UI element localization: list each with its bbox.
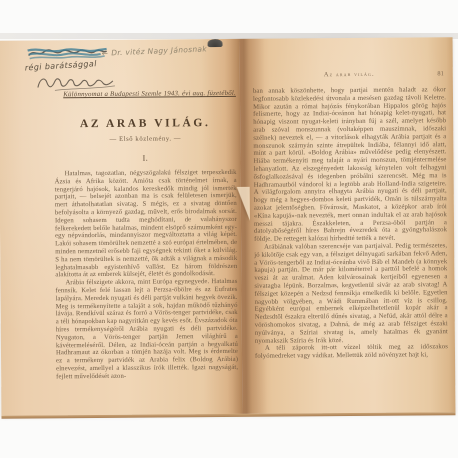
dedication-text: Dr. vitéz Nagy Jánosnak [111,44,207,57]
paragraph: Hatalmas, tagozatlan, négyszögalakú féls… [55,169,238,280]
left-page-body: Hatalmas, tagozatlan, négyszögalakú féls… [55,169,239,381]
paragraph: Arábia félszigete akkora, mint Európa eg… [55,278,238,381]
right-page: Az arab világ. 81 ban annak köszönhette,… [240,37,456,414]
article-subtitle: — Első közlemény. — [54,135,236,143]
paragraph: Arábiának valóban szerencséje van partja… [254,242,448,345]
gutter-clip [208,39,223,47]
paragraph: A téli záporok itt-ott vízzel töltik meg… [255,344,448,361]
page-number: 81 [437,70,443,77]
section-numeral: I. [54,153,236,163]
left-arrow-icon: ← [101,49,108,58]
paragraph: ban annak köszönhette, hogy partjai ment… [253,86,447,243]
pencil-dedication: ←Dr. vitéz Nagy Jánosnak [101,44,207,57]
signature-strokes-icon [35,73,121,94]
running-head: Az arab világ. 81 [253,70,446,79]
running-head-title: Az arab világ. [324,71,375,78]
article-title: AZ ARAB VILÁG. [54,117,236,130]
page-fold-corner [237,187,250,221]
left-page: ←Dr. vitéz Nagy Jánosnak régi barátságga… [0,39,242,416]
signature-handwriting [35,73,121,99]
right-page-body: ban annak köszönhette, hogy partjai ment… [253,86,448,360]
open-book-spread: ←Dr. vitéz Nagy Jánosnak régi barátságga… [0,37,455,416]
